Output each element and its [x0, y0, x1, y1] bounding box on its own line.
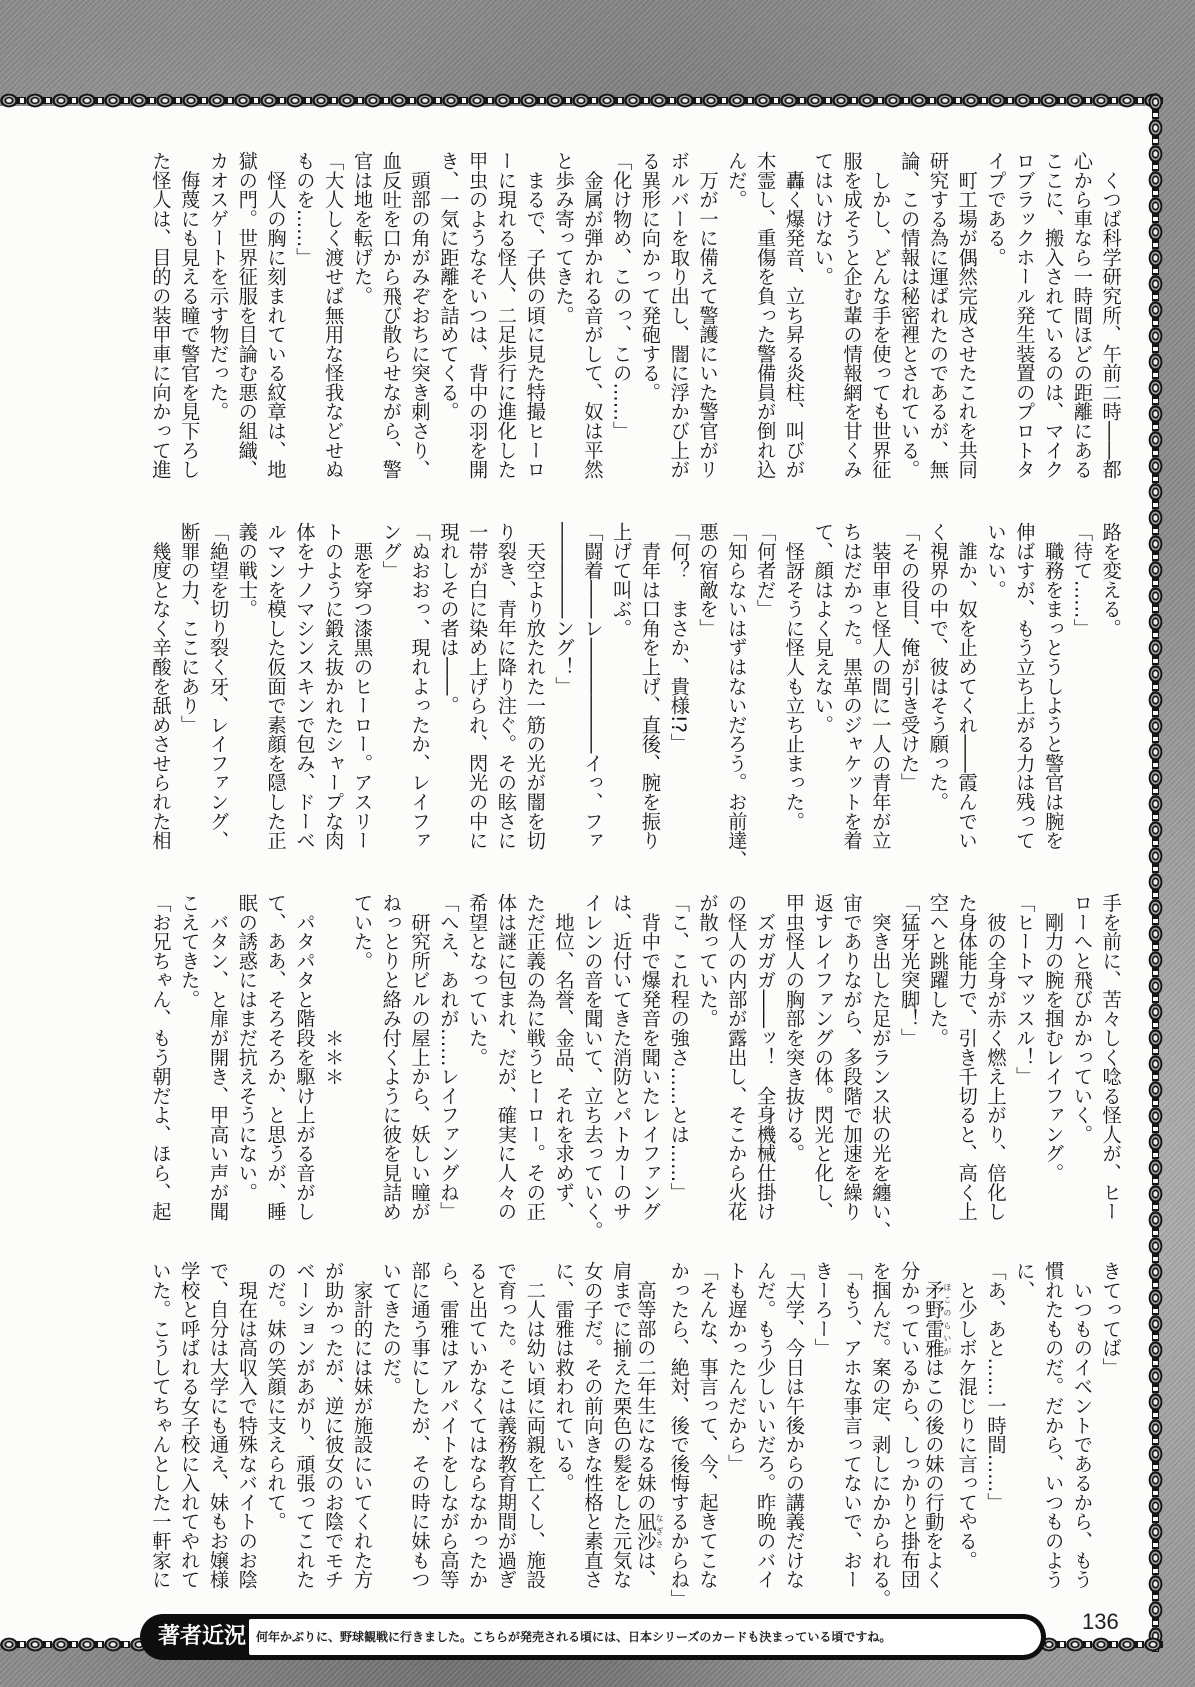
scene-break-asterisks: ＊＊＊	[318, 893, 347, 1221]
text-column: 「その役目、俺が引き受けた」	[894, 522, 923, 850]
text-column: ベーションがあがり、頑張ってこれた	[289, 1261, 318, 1589]
text-column: 職務をまっとうしようと警官は腕を	[1038, 522, 1067, 850]
text-column: 金属が弾かれる音がして、奴は平然	[577, 151, 606, 479]
text-column: 「もう、アホな事言ってないで、おー	[836, 1261, 865, 1589]
text-segment: はこの後の妹の行動をよく	[922, 1357, 945, 1588]
text-column: 「こ、これ程の強さ……とは……」	[663, 893, 692, 1221]
text-column: 「あ、あと……一時間……」	[980, 1261, 1009, 1589]
text-column: ていた。	[347, 893, 376, 1221]
chain-border-right	[1148, 93, 1163, 1652]
text-column: 「お兄ちゃん、もう朝だよ、ほら、起	[145, 893, 174, 1221]
author-note-label: 著者近況	[158, 1621, 246, 1653]
text-column: る異形に向かって発砲する。	[635, 151, 664, 479]
ruby-annotation: 凪沙なぎさ	[634, 1512, 657, 1551]
text-column: いてきたのだ。	[375, 1261, 404, 1589]
text-column: 誰か、奴を止めてくれ――霞んでい	[951, 522, 980, 850]
text-column: ただ正義の為に戦うヒーロー。その正	[519, 893, 548, 1221]
text-column: 部に通う事にしたが、その時に妹もつ	[404, 1261, 433, 1589]
text-column: 「闘着――レ――――――イっ、ファ	[577, 522, 606, 850]
text-column: トも遅かったんだから」	[721, 1261, 750, 1589]
text-column: 一帯が白に染め上げられ、閃光の中に	[462, 522, 491, 850]
text-column: に、雷雅は救われている。	[548, 1261, 577, 1589]
text-column: 現在は高収入で特殊なバイトのお陰	[231, 1261, 260, 1589]
text-column-with-ruby: 矛野ほこの雷雅らいがはこの後の妹の行動をよく	[923, 1261, 952, 1589]
text-column: 町工場が偶然完成させたこれを共同	[951, 151, 980, 479]
chain-border-top	[0, 93, 1163, 108]
text-column: 幾度となく辛酸を舐めさせられた相	[145, 522, 174, 850]
text-segment: 高等部の二年生になる妹の	[634, 1261, 657, 1512]
text-column: 体は謎に包まれ、だが、確実に人々の	[491, 893, 520, 1221]
text-column: で育った。そこは義務教育期間が過ぎ	[491, 1261, 520, 1589]
text-column: て、顔はよく見えない。	[807, 522, 836, 850]
text-column: 現れしその者は――。	[433, 522, 462, 850]
text-column: 装甲車と怪人の間に一人の青年が立	[865, 522, 894, 850]
text-column: 「ぬおおっ、現れよったか、レイファ	[404, 522, 433, 850]
text-column: こえてきた。	[174, 893, 203, 1221]
text-segment	[922, 1261, 945, 1280]
text-column: しかし、どんな手を使っても世界征	[865, 151, 894, 479]
text-column: 空へと跳躍した。	[923, 893, 952, 1221]
text-column: 轟く爆発音、立ち昇る炎柱、叫びが	[779, 151, 808, 479]
text-column: きてってば」	[1095, 1261, 1124, 1589]
text-column: 研究所ビルの屋上から、妖しい瞳が	[404, 893, 433, 1221]
text-column: 義の戦士。	[231, 522, 260, 850]
text-column: てはいけない。	[807, 151, 836, 479]
text-column: 甲虫怪人の胸部を突き抜ける。	[779, 893, 808, 1221]
text-column: ローへと飛びかかっていく。	[1067, 893, 1096, 1221]
text-column: イレンの音を聞いて、立ち去っていく。	[577, 893, 606, 1221]
text-column: 分かっているから、しっかりと掛布団	[894, 1261, 923, 1589]
page-number: 136	[1082, 1609, 1119, 1635]
text-column: 「大学、今日は午後からの講義だけな	[779, 1261, 808, 1589]
text-column: で、自分は大学にも通え、妹もお嬢様	[203, 1261, 232, 1589]
text-column: り裂き、青年に降り注ぐ。その眩さに	[491, 522, 520, 850]
text-column: いつものイベントであるから、もう	[1067, 1261, 1096, 1589]
text-column: 断罪の力、ここにあり」	[174, 522, 203, 850]
text-column: 「大人しく渡せば無用な怪我などせぬ	[318, 151, 347, 479]
text-column: 背中で爆発音を聞いたレイファング	[635, 893, 664, 1221]
text-column: を掴んだ。案の定、剥しにかかられる。	[865, 1261, 894, 1589]
ruby-reading: なぎさ	[655, 1512, 664, 1551]
text-column: と少しボケ混じりに言ってやる。	[951, 1261, 980, 1589]
text-column: ズガガガ――ッ！ 全身機械仕掛け	[750, 893, 779, 1221]
text-tier-4: きてってば」 いつものイベントであるから、もう 慣れたものだ。だから、いつものよ…	[145, 1261, 1124, 1589]
text-column: のだ。妹の笑顔に支えられて。	[260, 1261, 289, 1589]
text-column: 獄の門。世界征服を目論む悪の組織、	[231, 151, 260, 479]
text-column: 「化け物め、このっ、この……」	[606, 151, 635, 479]
text-column: ング」	[375, 522, 404, 850]
text-column: 「猛牙光突脚！」	[894, 893, 923, 1221]
text-column: 青年は口角を上げ、直後、腕を振り	[635, 522, 664, 850]
text-column: 論、この情報は秘密裡とされている。	[894, 151, 923, 479]
text-column: んだ。もう少しいいだろ。昨晩のバイ	[750, 1261, 779, 1589]
text-column: んだ。	[721, 151, 750, 479]
text-column: 「何？ まさか、貴様!?」	[663, 522, 692, 850]
text-column: 天空より放たれた一筋の光が闇を切	[519, 522, 548, 850]
ruby-base: 矛野	[922, 1280, 945, 1319]
text-column: 甲虫のようなそいつは、背中の羽を開	[462, 151, 491, 479]
text-column: ねっとりと絡み付くように彼を見詰め	[375, 893, 404, 1221]
text-column: 突き出した足がランス状の光を纏い、	[865, 893, 894, 1221]
text-column: 二人は幼い頃に両親を亡くし、施設	[519, 1261, 548, 1589]
text-column: く視界の中で、彼はそう願った。	[923, 522, 952, 850]
text-column: 「ヒートマッスル！」	[1009, 893, 1038, 1221]
text-column: 手を前に、苦々しく唸る怪人が、ヒー	[1095, 893, 1124, 1221]
text-column: パタパタと階段を駆け上がる音がし	[289, 893, 318, 1221]
text-column: いない。	[980, 522, 1009, 850]
text-column: ちはだかった。黒革のジャケットを着	[836, 522, 865, 850]
text-column-with-ruby: 高等部の二年生になる妹の凪沙なぎさは、	[635, 1261, 664, 1589]
text-column: トのように鍛え抜かれたシャープな肉	[318, 522, 347, 850]
ruby-reading: ほこの	[943, 1280, 952, 1319]
text-column: 肩までに揃えた栗色の髪をした元気な	[606, 1261, 635, 1589]
text-column: 伸ばすが、もう立ち上がる力は残って	[1009, 522, 1038, 850]
text-column: が助かったが、逆に彼女のお陰でモチ	[318, 1261, 347, 1589]
text-column: 希望となっていた。	[462, 893, 491, 1221]
text-column: カオスゲートを示す物だった。	[203, 151, 232, 479]
text-column: 悪を穿つ漆黒のヒーロー。アスリー	[347, 522, 376, 850]
text-column: 服を成そうと企む輩の情報網を甘くみ	[836, 151, 865, 479]
text-column: 路を変える。	[1095, 522, 1124, 850]
text-column: 頭部の角がみぞおちに突き刺さり、	[404, 151, 433, 479]
ruby-annotation: 矛野ほこの	[922, 1280, 945, 1319]
text-column: 「知らないはずはないだろう。お前達、	[721, 522, 750, 850]
text-column: くつば科学研究所、午前二時――都	[1095, 151, 1124, 479]
text-column: 「絶望を切り裂く牙、レイファング、	[203, 522, 232, 850]
text-column: と歩み寄ってきた。	[548, 151, 577, 479]
text-column: 「そんな、事言って、今、起きてこな	[692, 1261, 721, 1589]
text-column: 返すレイファングの体。閃光と化し、	[807, 893, 836, 1221]
text-column: ―――――ング！」	[548, 522, 577, 850]
text-column: 家計的には妹が施設にいてくれた方	[347, 1261, 376, 1589]
text-segment: は、	[634, 1550, 657, 1589]
text-column: 「何者だ」	[750, 522, 779, 850]
text-column: 上げて叫ぶ。	[606, 522, 635, 850]
text-column: ーに現れる怪人、二足歩行に進化した	[491, 151, 520, 479]
text-column: ボルバーを取り出し、闇に浮かび上が	[663, 151, 692, 479]
text-tier-1: くつば科学研究所、午前二時――都 心から車なら一時間ほどの距離にある ここに、搬…	[145, 151, 1124, 479]
text-column: いた。こうしてちゃんとした一軒家に	[145, 1261, 174, 1589]
text-column: 学校と呼ばれる女子校に入れてやれて	[174, 1261, 203, 1589]
text-tier-3: 手を前に、苦々しく唸る怪人が、ヒー ローへと飛びかかっていく。 剛力の腕を掴むレ…	[145, 893, 1124, 1221]
text-column: ロブラックホール発生装置のプロトタ	[1009, 151, 1038, 479]
text-column: 研究する為に運ばれたのであるが、無	[923, 151, 952, 479]
text-column: ものを……」	[289, 151, 318, 479]
text-column: 地位、名誉、金品、それを求めず、	[548, 893, 577, 1221]
text-column: きーろー」	[807, 1261, 836, 1589]
text-column: 侮蔑にも見える瞳で警官を見下ろし	[174, 151, 203, 479]
text-column: 「待て……」	[1067, 522, 1096, 850]
text-tier-2: 路を変える。 「待て……」 職務をまっとうしようと警官は腕を 伸ばすが、もう立ち…	[145, 522, 1124, 850]
ruby-annotation: 雷雅らいが	[922, 1319, 945, 1358]
text-column: て、ああ、そろそろか、と思うが、睡	[260, 893, 289, 1221]
text-column: ら、雷雅はアルバイトをしながら高等	[433, 1261, 462, 1589]
text-column: 宙でありながら、多段階で加速を繰り	[836, 893, 865, 1221]
text-column: 官は地を転げた。	[347, 151, 376, 479]
text-column: 木霊し、重傷を負った警備員が倒れ込	[750, 151, 779, 479]
text-column: 悪の宿敵を」	[692, 522, 721, 850]
text-column: まるで、子供の頃に見た特撮ヒーロ	[519, 151, 548, 479]
text-column: の怪人の内部が露出し、そこから火花	[721, 893, 750, 1221]
text-column: き、一気に距離を詰めてくる。	[433, 151, 462, 479]
ruby-base: 雷雅	[922, 1319, 945, 1358]
text-column: ルマンを模した仮面で素顔を隠した正	[260, 522, 289, 850]
text-column: バタン、と扉が開き、甲高い声が聞	[203, 893, 232, 1221]
text-column: た身体能力で、引き千切ると、高く上	[951, 893, 980, 1221]
text-column: は、近付いてきた消防とパトカーのサ	[606, 893, 635, 1221]
text-column: 女の子だ。その前向きな性格と素直さ	[577, 1261, 606, 1589]
text-column: 「へえ、あれが……レイファングね」	[433, 893, 462, 1221]
text-column: かったら、絶対、後で後悔するからね」	[663, 1261, 692, 1589]
text-column: 剛力の腕を掴むレイファング。	[1038, 893, 1067, 1221]
text-column: 慣れたものだ。だから、いつものよう	[1038, 1261, 1067, 1589]
text-column: 血反吐を口から飛び散らせながら、警	[375, 151, 404, 479]
text-column: た怪人は、目的の装甲車に向かって進	[145, 151, 174, 479]
ruby-reading: らいが	[943, 1319, 952, 1358]
text-column: 怪訝そうに怪人も立ち止まった。	[779, 522, 808, 850]
text-column: 眠の誘惑にはまだ抗えそうにない。	[231, 893, 260, 1221]
ruby-base: 凪沙	[634, 1512, 657, 1551]
text-column: 彼の全身が赤く燃え上がり、倍化し	[980, 893, 1009, 1221]
text-column: 心から車なら一時間ほどの距離にある	[1067, 151, 1096, 479]
text-column: に、	[1009, 1261, 1038, 1589]
text-column: ここに、搬入されているのは、マイク	[1038, 151, 1067, 479]
text-column: イプである。	[980, 151, 1009, 479]
text-column: ると出ていかなくてはならなかったか	[462, 1261, 491, 1589]
author-note-text: 何年かぶりに、野球観戦に行きました。こちらが発売される頃には、日本シリーズのカー…	[256, 1619, 891, 1655]
text-column: 体をナノマシンスキンで包み、ドーベ	[289, 522, 318, 850]
text-column: 万が一に備えて警護にいた警官がリ	[692, 151, 721, 479]
text-column: が散っていた。	[692, 893, 721, 1221]
text-column: 怪人の胸に刻まれている紋章は、地	[260, 151, 289, 479]
